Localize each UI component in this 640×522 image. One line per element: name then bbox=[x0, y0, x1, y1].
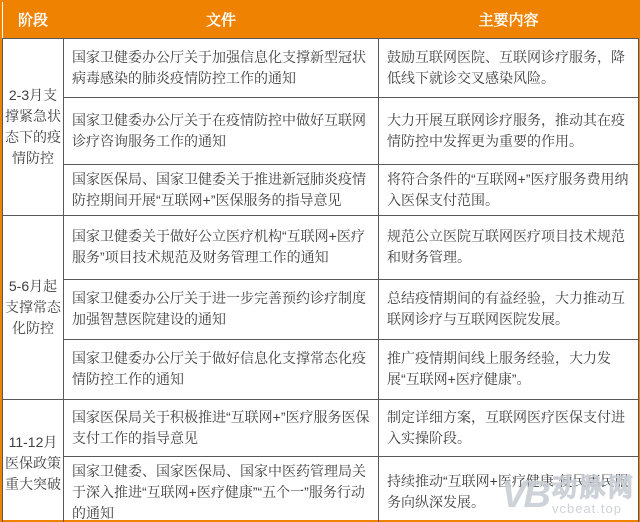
document-cell: 国家卫健委办公厅关于加强信息化支撑新型冠状病毒感染的肺炎疫情防控工作的通知 bbox=[64, 38, 379, 97]
content-cell: 将符合条件的“互联网+”医疗服务费用纳入医保支付范围。 bbox=[379, 164, 639, 215]
document-cell: 国家卫健委办公厅关于进一步完善预约诊疗制度加强智慧医院建设的通知 bbox=[64, 279, 379, 339]
content-cell: 鼓励互联网医院、互联网诊疗服务，降低线下就诊交叉感染风险。 bbox=[379, 38, 639, 97]
document-cell: 国家卫健委办公厅关于做好信息化支撑常态化疫情防控工作的通知 bbox=[64, 339, 379, 399]
table-row: 2-3月支撑紧急状态下的疫情防控 国家卫健委办公厅关于加强信息化支撑新型冠状病毒… bbox=[3, 38, 639, 97]
column-header-phase: 阶段 bbox=[3, 2, 64, 38]
content-cell: 规范公立医院互联网医疗项目技术规范和财务管理。 bbox=[379, 215, 639, 279]
document-cell: 国家卫健委关于做好公立医疗机构“互联网+医疗服务”项目技术规范及财务管理工作的通… bbox=[64, 215, 379, 279]
content-cell: 大力开展互联网诊疗服务，推动其在疫情防控中发挥更为重要的作用。 bbox=[379, 97, 639, 164]
table-row: 11-12月医保政策重大突破 国家医保局关于积极推进“互联网+”医疗服务医保支付… bbox=[3, 399, 639, 456]
phase-cell-stage2: 5-6月起支撑常态化防控 bbox=[3, 215, 64, 399]
table-row: 国家卫健委、国家医保局、国家中医药管理局关于深入推进“互联网+医疗健康”“五个一… bbox=[3, 456, 639, 522]
table-row: 5-6月起支撑常态化防控 国家卫健委关于做好公立医疗机构“互联网+医疗服务”项目… bbox=[3, 215, 639, 279]
content-cell: 总结疫情期间的有益经验，大力推动互联网诊疗与互联网医院发展。 bbox=[379, 279, 639, 339]
table-row: 国家医保局、国家卫健委关于推进新冠肺炎疫情防控期间开展“互联网+”医保服务的指导… bbox=[3, 164, 639, 215]
document-cell: 国家卫健委、国家医保局、国家中医药管理局关于深入推进“互联网+医疗健康”“五个一… bbox=[64, 456, 379, 522]
column-header-document: 文件 bbox=[64, 2, 379, 38]
content-cell: 制定详细方案，互联网医疗医保支付进入实操阶段。 bbox=[379, 399, 639, 456]
table-row: 国家卫健委办公厅关于做好信息化支撑常态化疫情防控工作的通知 推广疫情期间线上服务… bbox=[3, 339, 639, 399]
content-cell: 推广疫情期间线上服务经验，大力发展“互联网+医疗健康”。 bbox=[379, 339, 639, 399]
table-row: 国家卫健委办公厅关于在疫情防控中做好互联网诊疗咨询服务工作的通知 大力开展互联网… bbox=[3, 97, 639, 164]
content-cell: 持续推动“互联网+医疗健康”便民惠民服务向纵深发展。 bbox=[379, 456, 639, 522]
phase-cell-stage1: 2-3月支撑紧急状态下的疫情防控 bbox=[3, 38, 64, 215]
document-cell: 国家医保局、国家卫健委关于推进新冠肺炎疫情防控期间开展“互联网+”医保服务的指导… bbox=[64, 164, 379, 215]
table-row: 国家卫健委办公厅关于进一步完善预约诊疗制度加强智慧医院建设的通知 总结疫情期间的… bbox=[3, 279, 639, 339]
document-cell: 国家卫健委办公厅关于在疫情防控中做好互联网诊疗咨询服务工作的通知 bbox=[64, 97, 379, 164]
column-header-content: 主要内容 bbox=[379, 2, 639, 38]
policy-table: 阶段 文件 主要内容 2-3月支撑紧急状态下的疫情防控 国家卫健委办公厅关于加强… bbox=[2, 2, 639, 522]
document-cell: 国家医保局关于积极推进“互联网+”医疗服务医保支付工作的指导意见 bbox=[64, 399, 379, 456]
table-header-row: 阶段 文件 主要内容 bbox=[3, 2, 639, 38]
phase-cell-stage3: 11-12月医保政策重大突破 bbox=[3, 399, 64, 522]
policy-table-frame: 阶段 文件 主要内容 2-3月支撑紧急状态下的疫情防控 国家卫健委办公厅关于加强… bbox=[0, 0, 640, 522]
